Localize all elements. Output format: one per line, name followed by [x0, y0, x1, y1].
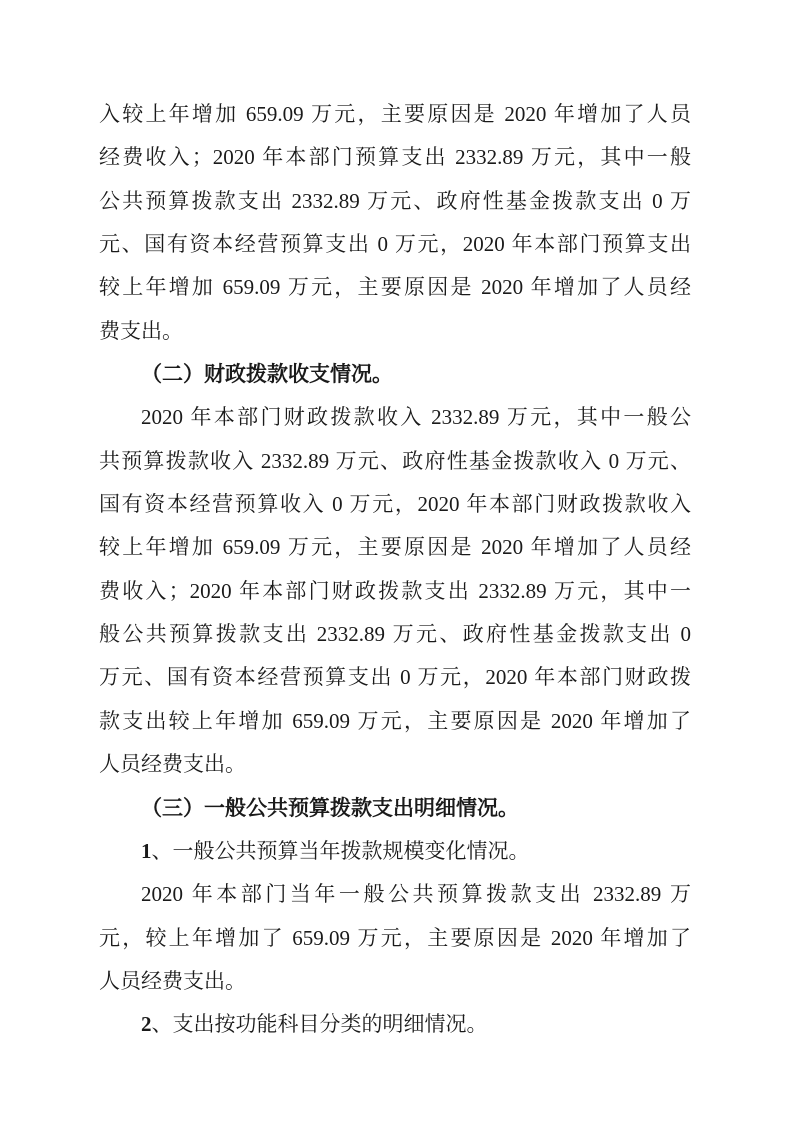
section-heading: （二）财政拨款收支情况。 — [99, 353, 691, 396]
text-line: 入较上年增加 659.09 万元，主要原因是 2020 年增加了人员 — [99, 93, 691, 136]
text-line: 2020 年本部门财政拨款收入 2332.89 万元，其中一般公 — [99, 396, 691, 439]
text-line: 万元、国有资本经营预算支出 0 万元，2020 年本部门财政拨 — [99, 656, 691, 699]
text-line: 经费收入；2020 年本部门预算支出 2332.89 万元，其中一般 — [99, 136, 691, 179]
text-line: 国有资本经营预算收入 0 万元，2020 年本部门财政拨款收入 — [99, 483, 691, 526]
text-line: 公共预算拨款支出 2332.89 万元、政府性基金拨款支出 0 万 — [99, 180, 691, 223]
numbered-item: 1、一般公共预算当年拨款规模变化情况。 — [99, 830, 691, 873]
text-line: 般公共预算拨款支出 2332.89 万元、政府性基金拨款支出 0 — [99, 613, 691, 656]
document-page: 入较上年增加 659.09 万元，主要原因是 2020 年增加了人员经费收入；2… — [0, 0, 793, 1122]
text-line: 款支出较上年增加 659.09 万元，主要原因是 2020 年增加了 — [99, 700, 691, 743]
text-line: 元，较上年增加了 659.09 万元，主要原因是 2020 年增加了 — [99, 917, 691, 960]
text-line: 人员经费支出。 — [99, 960, 691, 1003]
text-line: 人员经费支出。 — [99, 743, 691, 786]
numbered-item: 2、支出按功能科目分类的明细情况。 — [99, 1003, 691, 1046]
section-heading: （三）一般公共预算拨款支出明细情况。 — [99, 787, 691, 830]
item-number: 2 — [141, 1012, 152, 1036]
text-line: 较上年增加 659.09 万元，主要原因是 2020 年增加了人员经 — [99, 526, 691, 569]
text-line: 2020 年本部门当年一般公共预算拨款支出 2332.89 万 — [99, 873, 691, 916]
text-line: 共预算拨款收入 2332.89 万元、政府性基金拨款收入 0 万元、 — [99, 440, 691, 483]
item-number: 1 — [141, 839, 152, 863]
text-line: 较上年增加 659.09 万元，主要原因是 2020 年增加了人员经 — [99, 266, 691, 309]
text-line: 费支出。 — [99, 310, 691, 353]
document-content: 入较上年增加 659.09 万元，主要原因是 2020 年增加了人员经费收入；2… — [99, 93, 691, 1047]
text-line: 元、国有资本经营预算支出 0 万元，2020 年本部门预算支出 — [99, 223, 691, 266]
text-line: 费收入；2020 年本部门财政拨款支出 2332.89 万元，其中一 — [99, 570, 691, 613]
